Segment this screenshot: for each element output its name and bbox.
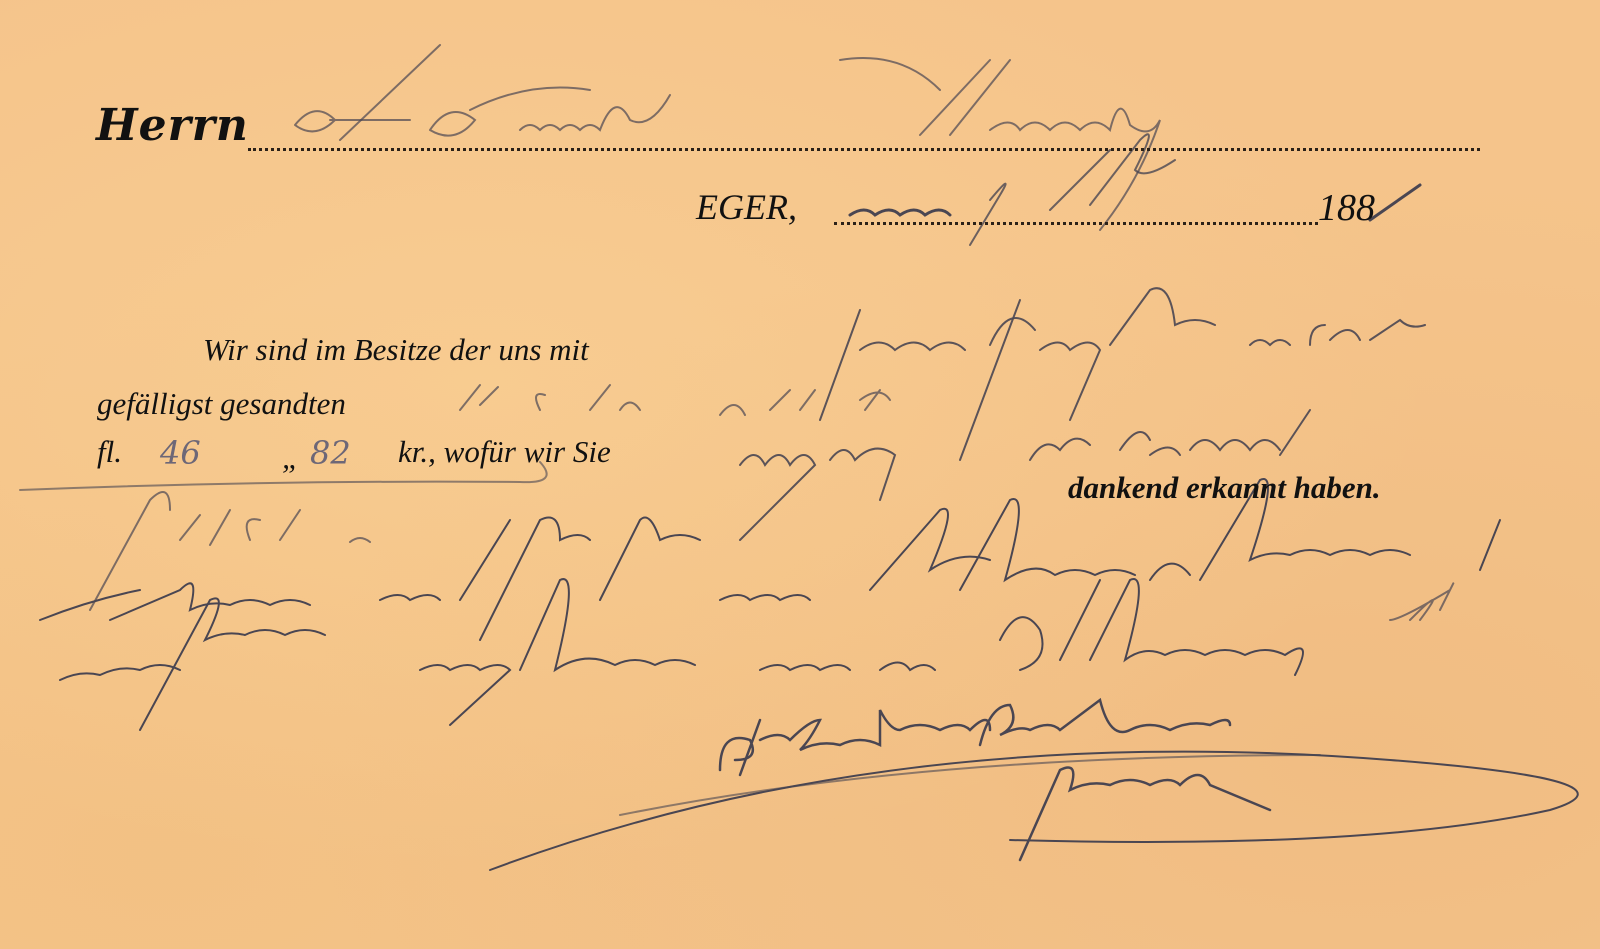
kr-ditto-mark: „ bbox=[282, 440, 299, 476]
salutation-herrn: Herrn bbox=[96, 100, 249, 151]
fl-value: 46 bbox=[160, 434, 201, 472]
place-eger: EGER, bbox=[696, 186, 797, 228]
salutation-text: Herrn bbox=[96, 100, 249, 151]
date-dotted-line bbox=[834, 222, 1318, 225]
body-line-3: kr., wofür wir Sie bbox=[398, 434, 611, 470]
kr-value: 82 bbox=[310, 434, 351, 472]
recipient-dotted-line bbox=[248, 148, 1480, 151]
body-line-1: Wir sind im Besitze der uns mit bbox=[203, 332, 589, 368]
body-line-4: dankend erkannt haben. bbox=[1068, 470, 1381, 506]
currency-fl-label: fl. bbox=[97, 434, 122, 470]
year-printed: 188 bbox=[1318, 186, 1375, 230]
body-line-2: gefälligst gesandten bbox=[97, 386, 346, 422]
